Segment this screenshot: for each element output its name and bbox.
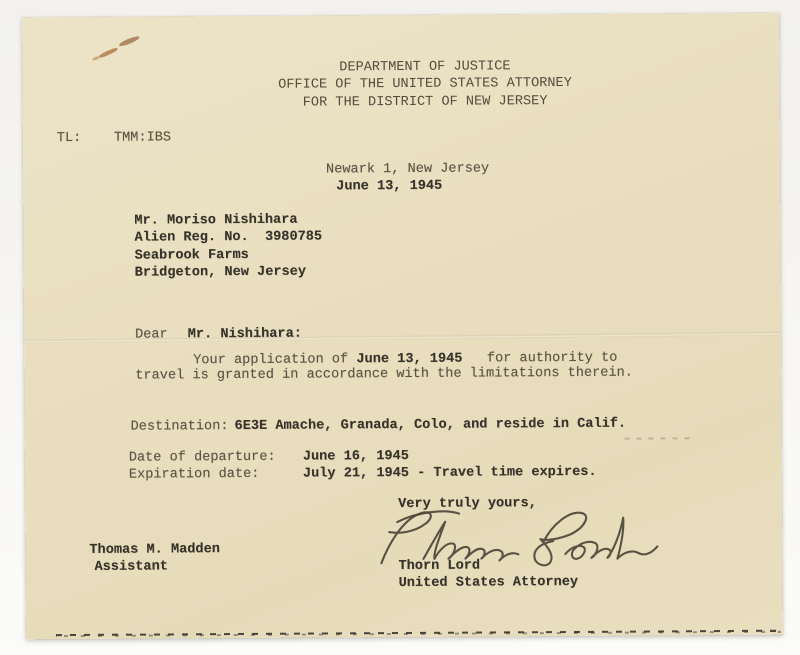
expiration-row: Expiration date: July 21, 1945 - Travel … <box>129 464 597 484</box>
expiration-label: Expiration date: <box>129 466 303 484</box>
expiration-value: July 21, 1945 - Travel time expires. <box>303 464 597 483</box>
destination-value: 6E3E Amache, Granada, Colo, and reside i… <box>234 417 626 434</box>
cosigner-name: Thomas M. Madden <box>89 541 220 559</box>
faint-marks <box>625 437 695 439</box>
perforation-dashes <box>56 630 781 637</box>
recipient-city: Bridgeton, New Jersey <box>135 264 323 283</box>
rust-stain <box>98 47 118 59</box>
recipient-employer: Seabrook Farms <box>135 246 323 265</box>
letterhead-line3: FOR THE DISTRICT OF NEW JERSEY <box>47 91 800 113</box>
letterhead: DEPARTMENT OF JUSTICE OFFICE OF THE UNIT… <box>46 57 800 114</box>
recipient-alien-reg: Alien Reg. No. 3980785 <box>134 229 322 248</box>
destination-label: Destination: <box>131 419 229 435</box>
dateline-place: Newark 1, New Jersey <box>326 160 489 178</box>
destination-row: Destination:6E3E Amache, Granada, Colo, … <box>131 414 627 436</box>
signature-typed-name: Thorn Lord <box>398 558 480 576</box>
signature-typed-title: United States Attorney <box>399 574 579 593</box>
rust-stain <box>118 35 140 48</box>
recipient-name: Mr. Moriso Nishihara <box>134 211 322 230</box>
departure-label: Date of departure: <box>129 449 303 467</box>
recipient-address: Mr. Moriso Nishihara Alien Reg. No. 3980… <box>134 211 322 282</box>
cosigner-title: Assistant <box>94 558 168 576</box>
body-line2: travel is granted in accordance with the… <box>135 365 633 385</box>
reference-code: TL: TMM:IBS <box>57 129 171 147</box>
letter-document: DEPARTMENT OF JUSTICE OFFICE OF THE UNIT… <box>22 13 783 640</box>
departure-value: June 16, 1945 <box>303 448 409 466</box>
departure-row: Date of departure: June 16, 1945 <box>129 448 409 467</box>
dateline-date: June 13, 1945 <box>336 178 442 196</box>
